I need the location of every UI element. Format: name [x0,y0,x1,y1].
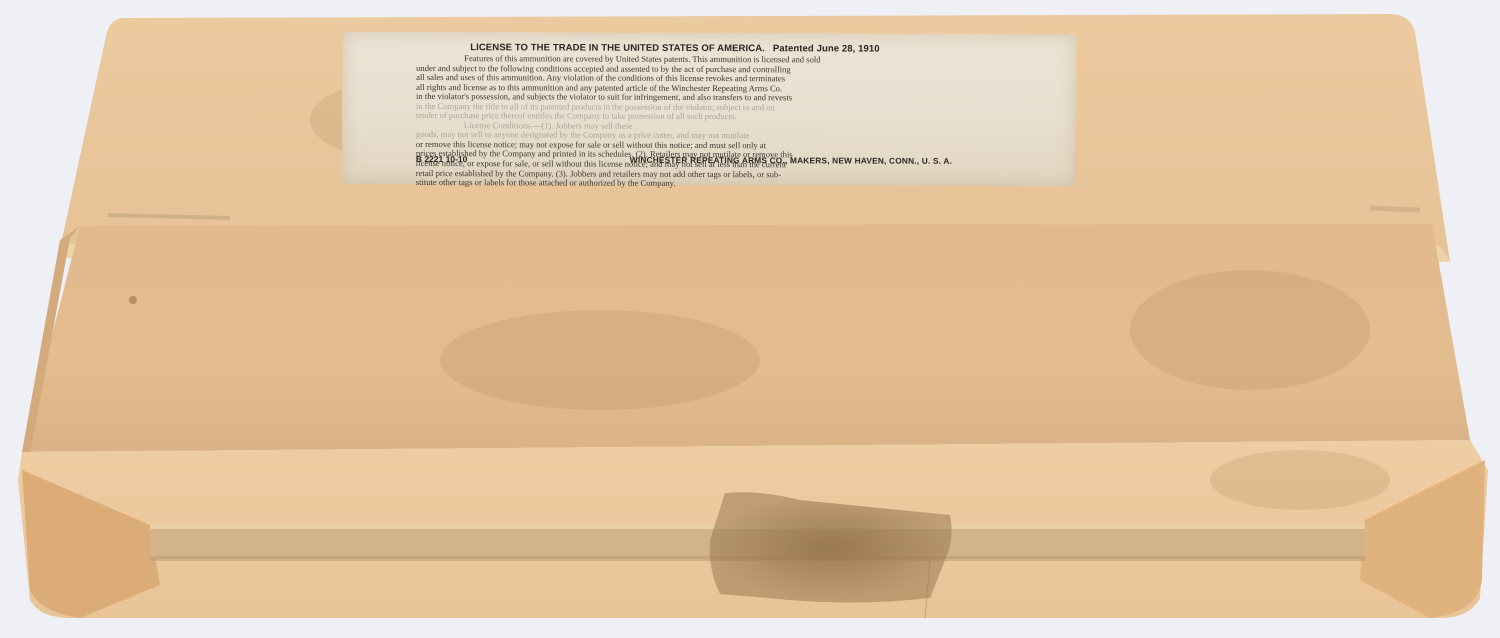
patent-date: Patented June 28, 1910 [773,43,880,54]
label-title: LICENSE TO THE TRADE IN THE UNITED STATE… [470,42,880,54]
label-body: Features of this ammunition are covered … [416,54,1002,190]
photo-scene: LICENSE TO THE TRADE IN THE UNITED STATE… [0,0,1500,638]
label-line: stitute other tags or labels for those a… [416,178,1002,190]
label-code: B 2221 10-10 [416,154,468,164]
maker-line: WINCHESTER REPEATING ARMS CO., MAKERS, N… [630,155,952,166]
label-title-text: LICENSE TO THE TRADE IN THE UNITED STATE… [470,42,765,54]
license-label: LICENSE TO THE TRADE IN THE UNITED STATE… [342,32,1077,187]
label-line: goods, may not sell to anyone designated… [416,130,1002,142]
